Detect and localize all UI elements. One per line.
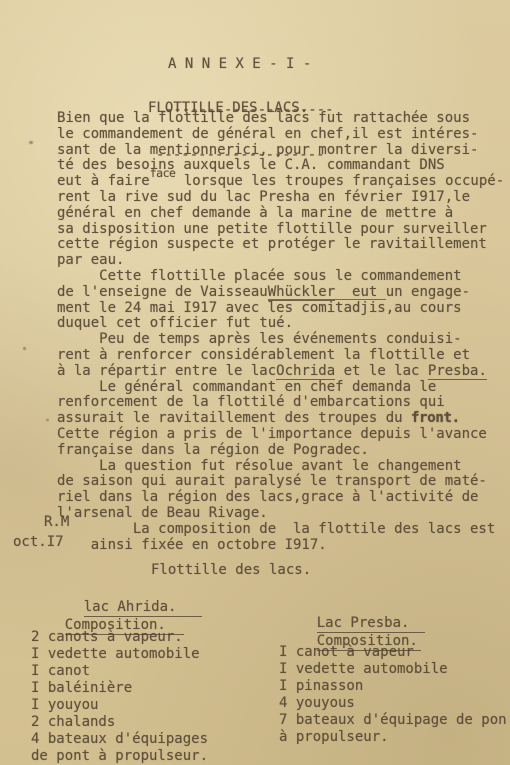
text-segment: ainsi fixée en octobre I917. [57,537,327,553]
text-segment: duquel cet officier fut tué. [57,315,293,331]
text-segment: cette région suspecte et protéger le rav… [57,236,487,252]
text-segment: sant de la mentionnerici, pour montrer l… [57,142,478,158]
body-text: Bien que la flottille des lacs fut ratta… [57,111,504,553]
list-item: I youyou [31,697,208,714]
text-segment: par eau. [57,252,124,268]
scanned-document-page: A N N E X E - I - -------------------- F… [0,0,510,765]
typed-line: par eau. [57,253,504,269]
typed-line: Bien que la flottille des lacs fut ratta… [57,111,504,127]
typed-line: assurait le ravitaillement des troupes d… [57,411,504,427]
typed-line: française dans la région de Pogradec. [57,443,504,459]
text-segment: de l'enseigne de Vaisseau [57,284,268,300]
list-item: 4 youyous [279,695,510,712]
text-segment: riel dans la région des lacs,grace à l'a… [57,489,478,505]
list-item: 7 bateaux d'équipage de pon' [279,712,510,729]
typed-line: La composition de la flottile des lacs e… [57,522,504,538]
text-segment: front. [411,410,460,426]
text-segment: française dans la région de Pogradec. [57,442,369,458]
text-segment: Cette région a pris de l'importance depu… [57,426,487,442]
typed-line: le commandement de général en chef,il es… [57,127,504,143]
typed-line: cette région suspecte et protéger le rav… [57,237,504,253]
typed-line: général en chef demande à la marine de m… [57,206,504,222]
margin-note-rm: R.M [44,514,69,530]
list-item: I pinasson [279,678,510,695]
text-segment: de saison qui aurait paralysé le transpo… [57,473,487,489]
text-segment: rent la rive sud du lac Presha en févrie… [57,189,470,205]
right-composition-list: I canot à vapeurI vedette automobileI pi… [279,644,510,746]
typed-line: Cette région a pris de l'importance depu… [57,427,504,443]
list-item: I vedette automobile [279,661,510,678]
text-segment: le commandement de général en chef,il es… [57,126,478,142]
typed-line: rent à renforcer considérablement la flo… [57,348,504,364]
text-segment: à la répartir entre le lac [57,363,276,379]
text-segment: Le général commandant en chef demanda le [57,379,436,395]
list-item: 4 bateaux d'équipages [31,731,208,748]
typed-line: ainsi fixée en octobre I917. [57,538,504,554]
list-item: 2 canots à vapeur. [31,629,208,646]
text-segment: Peu de temps après les événements condui… [57,331,462,347]
text-segment: ment le 24 mai I917 avec [57,300,268,316]
text-segment: et le lac [335,363,428,379]
list-item: I vedette automobile [31,646,208,663]
typed-line: duquel cet officier fut tué. [57,316,504,332]
text-segment: les comitadjis [268,299,386,316]
text-segment: renforcement de la flottilé d'embarcatio… [57,394,445,410]
typed-line: ment le 24 mai I917 avec les comitadjis,… [57,301,504,317]
text-segment: Ochrida [276,363,335,380]
typed-line: à la répartir entre le lacOchrida et le … [57,364,504,380]
text-segment: té des besoins auxquels le C.A. commanda… [57,157,445,173]
text-segment: Presba. [428,363,487,380]
typed-line: Le général commandant en chef demanda le [57,380,504,396]
list-item: 2 chalands [31,714,208,731]
list-item: de pont à propulseur. [31,748,208,765]
ink-speck [23,347,26,350]
typed-line: sa disposition une petite flottille pour… [57,222,504,238]
margin-note-date: oct.I7 [13,534,64,550]
list-item: I baléinière [31,680,208,697]
typed-line: de saison qui aurait paralysé le transpo… [57,474,504,490]
typed-line: l'arsenal de Beau Rivage. [57,506,504,522]
text-segment: ,au cours [386,300,462,316]
typed-line: riel dans la région des lacs,grace à l'a… [57,490,504,506]
list-item: I canot [31,663,208,680]
list-item: à propulseur. [279,729,510,746]
typed-line: Cette flottille placée sous le commandem… [57,269,504,285]
text-segment: eut un engage- [335,284,470,300]
text-segment: La composition de la flottile des lacs e… [57,521,495,537]
typed-line: rent la rive sud du lac Presha en févrie… [57,190,504,206]
list-item: I canot à vapeur [279,644,510,661]
typed-line: La question fut résolue avant le changem… [57,459,504,475]
typed-line: té des besoins auxquels le C.A. commanda… [57,158,504,174]
text-segment: général en chef demande à la marine de m… [57,205,453,221]
typed-line: renforcement de la flottilé d'embarcatio… [57,395,504,411]
text-segment: face [150,166,176,182]
text-segment: Cette flottille placée sous le commandem… [57,268,462,284]
section-heading: Flottille des lacs. [151,562,311,578]
text-segment: eut à faire [57,173,150,189]
text-segment: lorsque les troupes françaises occupé- [175,173,504,189]
text-segment: sa disposition une petite flottille pour… [57,221,487,237]
typed-line: Peu de temps après les événements condui… [57,332,504,348]
text-segment: l'arsenal de Beau Rivage. [57,505,268,521]
text-segment: rent à renforcer considérablement la flo… [57,347,470,363]
text-segment: La question fut résolue avant le changem… [57,458,462,474]
text-segment: assurait le ravitaillement des troupes d… [57,410,411,426]
left-composition-list: 2 canots à vapeur.I vedette automobileI … [31,629,208,765]
ink-speck [29,141,33,144]
typed-line: eut à faireface lorsque les troupes fran… [57,174,504,190]
text-segment: Bien que la flottille des lacs fut ratta… [57,110,470,126]
ink-speck [46,419,49,421]
